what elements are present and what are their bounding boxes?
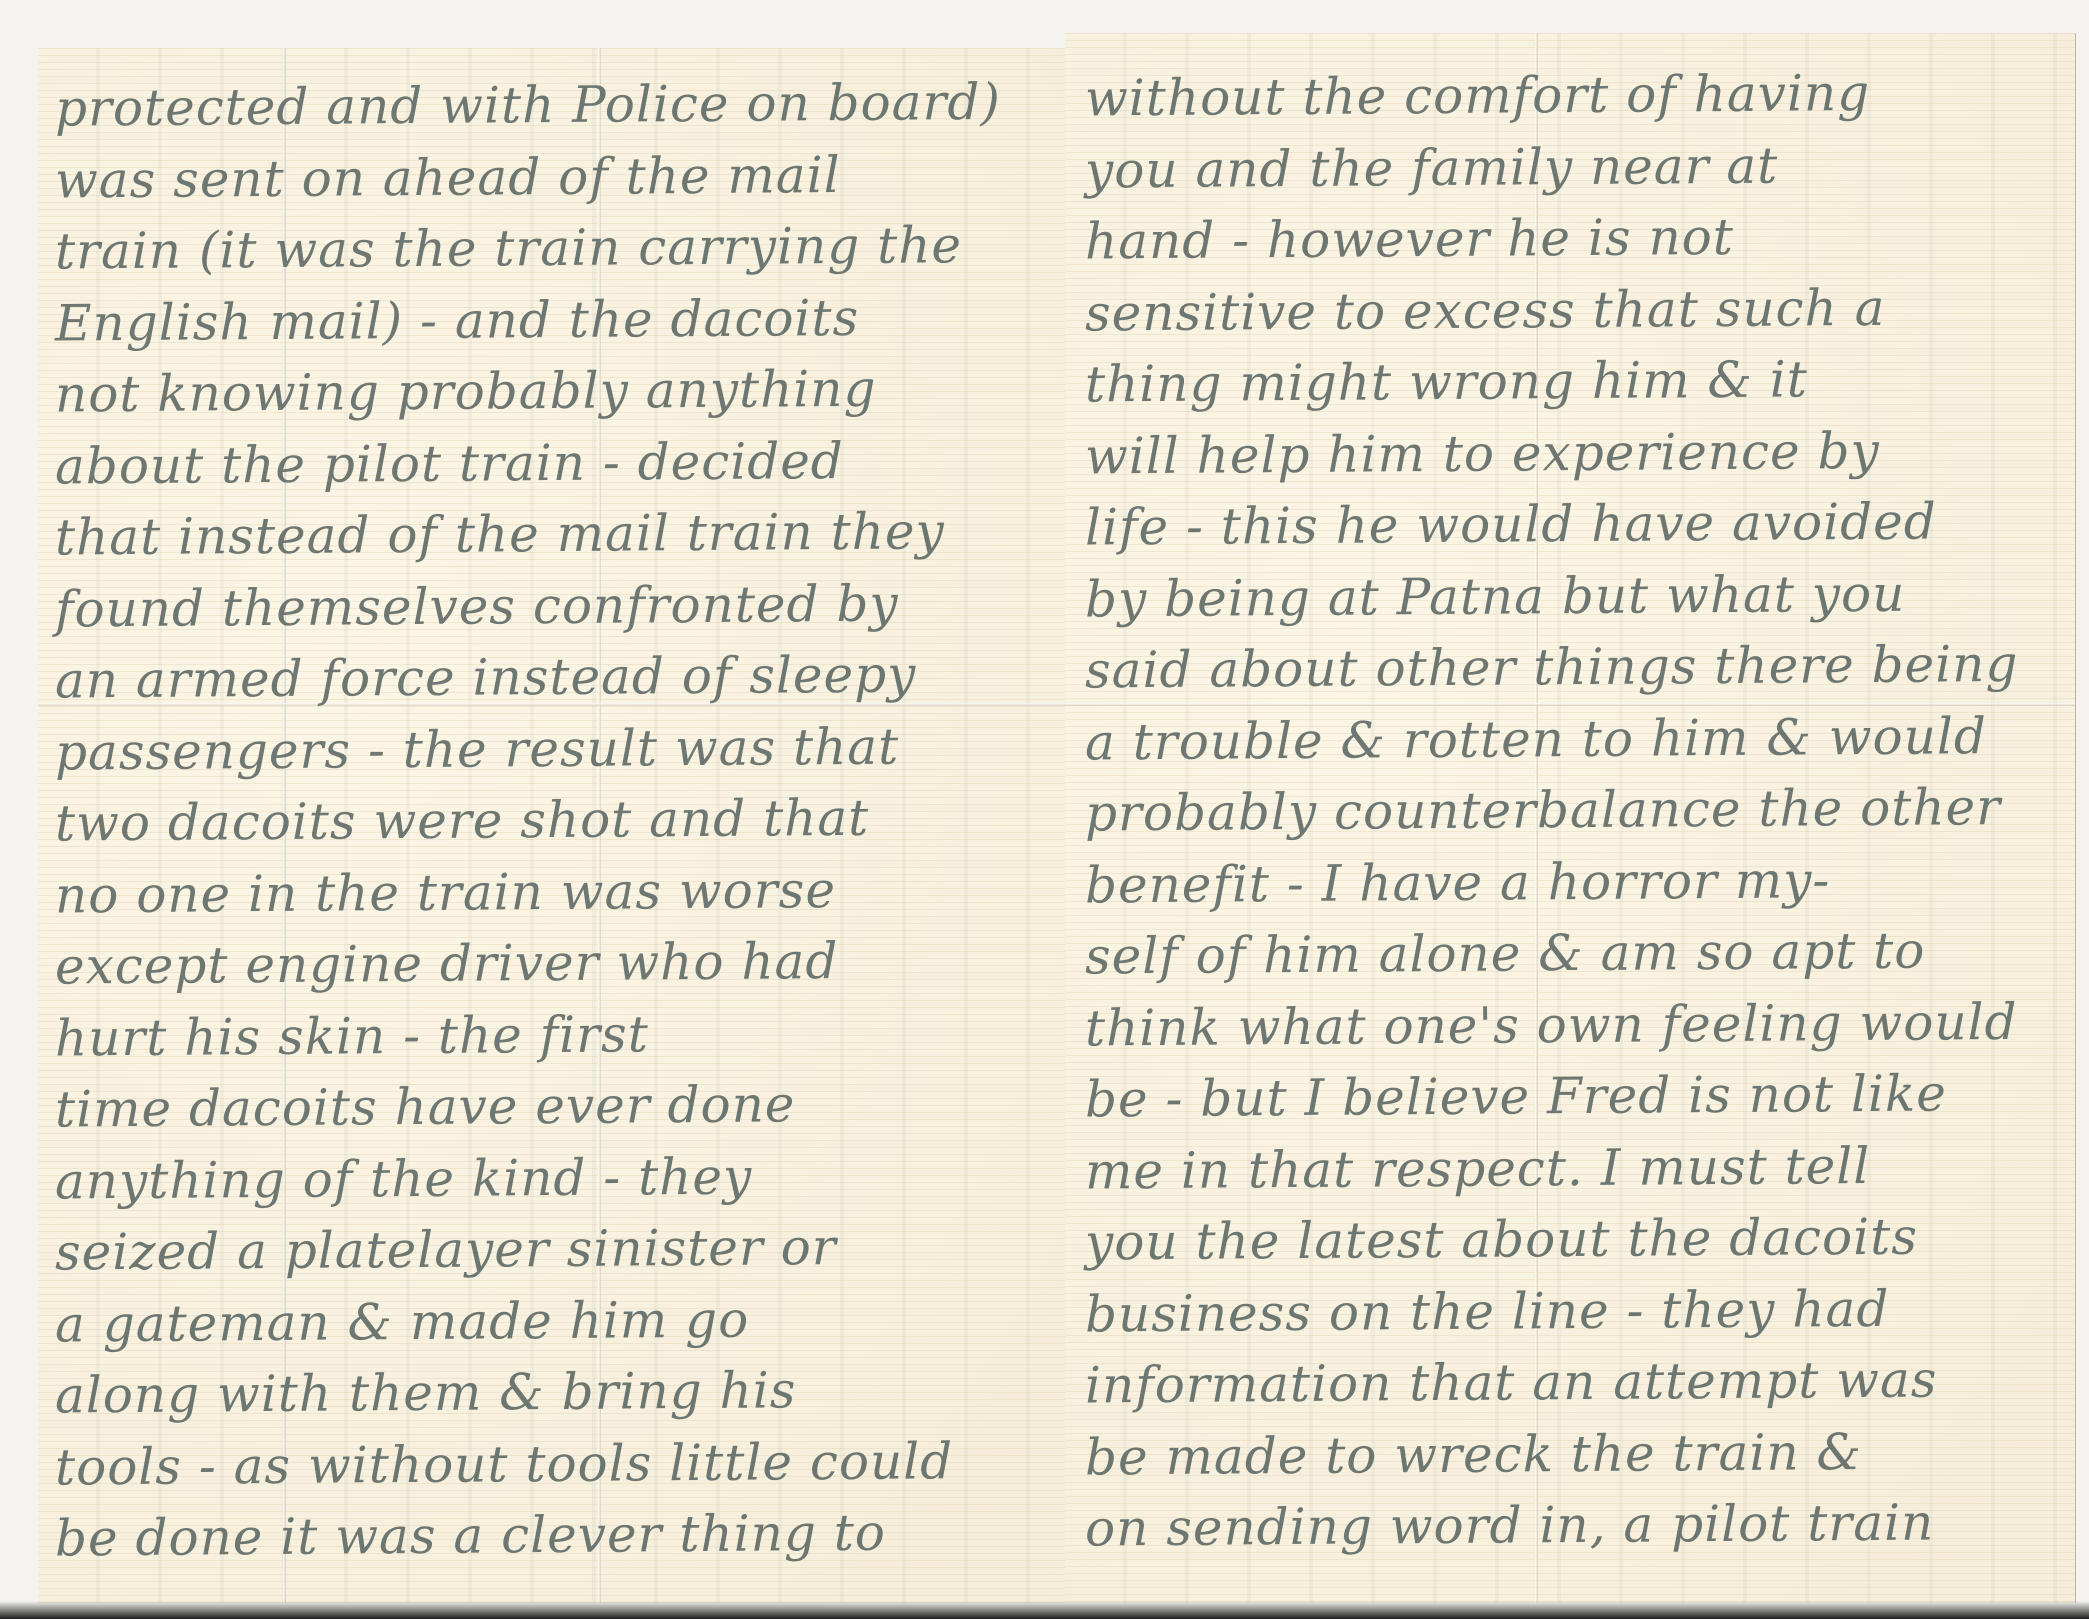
handwritten-line: you the latest about the dacoits: [1085, 1201, 2075, 1279]
handwritten-line: by being at Patna but what you: [1085, 557, 2075, 635]
handwritten-line: about the pilot train - decided: [55, 424, 1055, 502]
handwritten-line: said about other things there being: [1085, 629, 2075, 707]
handwritten-line: hurt his skin - the first: [55, 996, 1055, 1074]
handwritten-line: information that an attempt was: [1085, 1344, 2075, 1422]
handwritten-line: no one in the train was worse: [55, 853, 1055, 931]
handwritten-line: a gateman & made him go: [55, 1282, 1055, 1360]
handwritten-line: think what one's own feeling would: [1085, 986, 2075, 1064]
left-page-text: protected and with Police on board) was …: [55, 70, 1055, 1572]
handwritten-line: not knowing probably anything: [55, 353, 1055, 431]
handwritten-line: that instead of the mail train they: [55, 496, 1055, 574]
scanner-edge-shadow: [0, 1601, 2089, 1619]
handwritten-line: on sending word in, a pilot train: [1085, 1487, 2075, 1565]
handwritten-line: business on the line - they had: [1085, 1272, 2075, 1350]
handwritten-line: time dacoits have ever done: [55, 1068, 1055, 1146]
handwritten-line: along with them & bring his: [55, 1354, 1055, 1432]
handwritten-line: found themselves confronted by: [55, 567, 1055, 645]
handwritten-line: you and the family near at: [1085, 128, 2075, 206]
handwritten-line: be made to wreck the train &: [1085, 1415, 2075, 1493]
handwritten-line: an armed force instead of sleepy: [55, 639, 1055, 717]
handwritten-line: English mail) - and the dacoits: [55, 281, 1055, 359]
handwritten-line: probably counterbalance the other: [1085, 772, 2075, 850]
handwritten-line: seized a platelayer sinister or: [55, 1211, 1055, 1289]
handwritten-line: anything of the kind - they: [55, 1139, 1055, 1217]
handwritten-line: protected and with Police on board): [55, 67, 1055, 145]
handwritten-line: be - but I believe Fred is not like: [1085, 1058, 2075, 1136]
handwritten-line: train (it was the train carrying the: [55, 210, 1055, 288]
handwritten-line: tools - as without tools little could: [55, 1425, 1055, 1503]
handwritten-line: was sent on ahead of the mail: [55, 138, 1055, 216]
handwritten-line: without the comfort of having: [1085, 57, 2075, 135]
handwritten-line: me in that respect. I must tell: [1085, 1129, 2075, 1207]
handwritten-line: hand - however he is not: [1085, 200, 2075, 278]
handwritten-line: self of him alone & am so apt to: [1085, 915, 2075, 993]
handwritten-line: two dacoits were shot and that: [55, 782, 1055, 860]
handwritten-line: passengers - the result was that: [55, 710, 1055, 788]
handwritten-line: a trouble & rotten to him & would: [1085, 700, 2075, 778]
handwritten-line: sensitive to excess that such a: [1085, 271, 2075, 349]
handwritten-line: except engine driver who had: [55, 925, 1055, 1003]
handwritten-line: will help him to experience by: [1085, 414, 2075, 492]
right-page-text: without the comfort of having you and th…: [1085, 60, 2075, 1562]
handwritten-line: life - this he would have avoided: [1085, 486, 2075, 564]
handwritten-line: be done it was a clever thing to: [55, 1497, 1055, 1575]
handwritten-line: thing might wrong him & it: [1085, 343, 2075, 421]
handwritten-line: benefit - I have a horror my-: [1085, 843, 2075, 921]
